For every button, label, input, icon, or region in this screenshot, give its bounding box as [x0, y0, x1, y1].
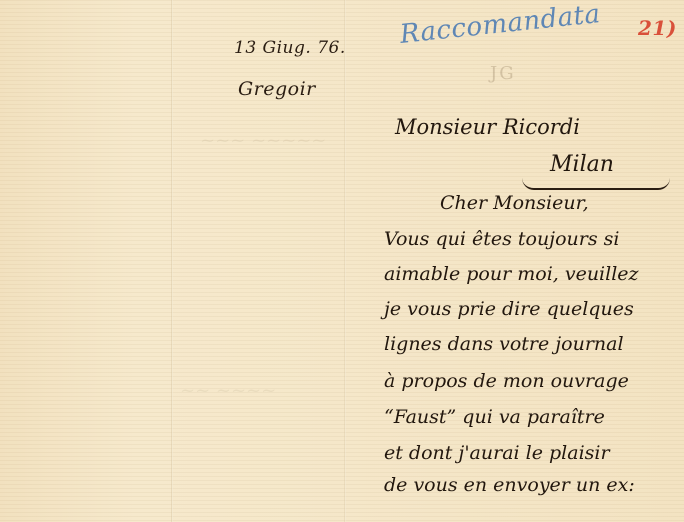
paper-fold-right	[344, 0, 346, 522]
body-line: à propos de mon ouvrage	[384, 370, 629, 392]
body-line: je vous prie dire quelques	[384, 298, 634, 320]
body-line: et dont j'aurai le plaisir	[384, 442, 610, 464]
recipient-city: Milan	[550, 152, 614, 177]
body-line: aimable pour moi, veuillez	[384, 263, 639, 285]
blue-pencil-annotation: Raccomandata	[398, 0, 601, 50]
sender-name: Gregoir	[238, 78, 316, 100]
body-line: lignes dans votre journal	[384, 333, 624, 355]
bleed-through-text: ~~ ~~~~	[180, 380, 276, 401]
paper-fold-left	[171, 0, 173, 522]
letter-date: 13 Giug. 76.	[234, 38, 346, 58]
body-line: Vous qui êtes toujours si	[384, 228, 619, 250]
red-number-annotation: 21)	[638, 16, 677, 40]
embossed-monogram: JG	[490, 63, 516, 84]
recipient-name: Monsieur Ricordi	[395, 115, 580, 139]
city-underline	[522, 178, 670, 190]
salutation: Cher Monsieur,	[440, 192, 589, 214]
letter-page: ~~~ ~~~~~ ~~ ~~~~ 13 Giug. 76. Gregoir R…	[0, 0, 684, 522]
body-line: “Faust” qui va paraître	[384, 406, 605, 428]
bleed-through-text: ~~~ ~~~~~	[200, 130, 326, 151]
body-line: de vous en envoyer un ex:	[384, 474, 635, 496]
